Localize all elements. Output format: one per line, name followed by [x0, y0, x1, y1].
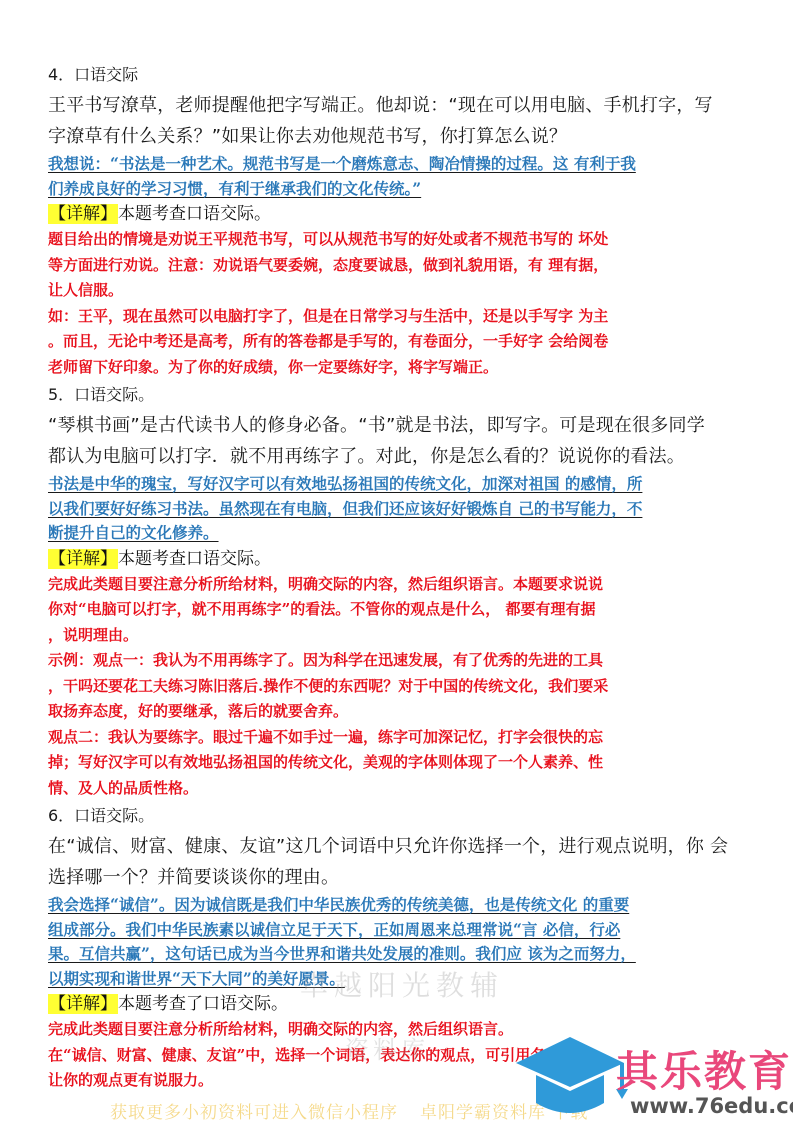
answer-line: 以我们要好好练习书法。虽然现在有电脑，但我们还应该好好锻炼自 己的书写能力，不: [48, 499, 642, 518]
question-prompt-line: 字潦草有什么关系？”如果让你去劝他规范书写，你打算怎么说？: [48, 121, 748, 152]
detail-heading-text: 本题考查口语交际。: [118, 204, 271, 224]
answer-line: 们养成良好的学习习惯，有利于继承我们的文化传统。”: [48, 179, 421, 198]
explanation-line: ，说明理由。: [48, 623, 748, 649]
explanation-line: ，干吗还要花工夫练习陈旧落后.操作不便的东西呢？对于中国的传统文化，我们要采: [48, 674, 748, 700]
detail-heading-text: 本题考查了口语交际。: [118, 994, 288, 1014]
question-prompt-line: 选择哪一个？并简要谈谈你的理由。: [48, 862, 748, 893]
explanation-block: 完成此类题目要注意分析所给材料，明确交际的内容，然后组织语言。本题要求说说 你对…: [48, 572, 748, 802]
footer-promo-left: 获取更多小初资料可进入微信小程序: [110, 1103, 398, 1122]
answer-block: 书法是中华的瑰宝，写好汉字可以有效地弘扬祖国的传统文化，加深对祖国 的感情，所 …: [48, 472, 748, 546]
watermark-text: 卓越阳光教辅: [300, 970, 504, 1002]
explanation-line: 取扬弃态度，好的要继承，落后的就要舍弃。: [48, 699, 748, 725]
detail-tag: 【详解】: [48, 204, 118, 224]
explanation-line: 等方面进行劝说。注意：劝说语气要委婉，态度要诚恳，做到礼貌用语，有 理有据，: [48, 253, 748, 279]
answer-line: 书法是中华的瑰宝，写好汉字可以有效地弘扬祖国的传统文化，加深对祖国 的感情，所: [48, 474, 642, 493]
detail-tag: 【详解】: [48, 549, 118, 569]
explanation-line: 你对“电脑可以打字，就不用再练字”的看法。不管你的观点是什么， 都要有理有据: [48, 597, 748, 623]
explanation-line: 。而且，无论中考还是高考，所有的答卷都是手写的，有卷面分，一手好字 会给阅卷: [48, 329, 748, 355]
explanation-line: 完成此类题目要注意分析所给材料，明确交际的内容，然后组织语言。本题要求说说: [48, 572, 748, 598]
answer-line: 果。互信共赢”，这句话已成为当今世界和谐共处发展的准则。我们应 该为之而努力，: [48, 944, 636, 963]
question-prompt-line: 都认为电脑可以打字．就不用再练字了。对此，你是怎么看的？说说你的看法。: [48, 441, 748, 472]
explanation-line: 情、及人的品质性格。: [48, 776, 748, 802]
question-4: 4．口语交际 王平书写潦草，老师提醒他把字写端正。他却说：“现在可以用电脑、手机…: [48, 60, 748, 380]
question-prompt-line: 在“诚信、财富、健康、友谊”这几个词语中只允许你选择一个，进行观点说明，你 会: [48, 831, 748, 862]
question-5: 5．口语交际。 “琴棋书画”是古代读书人的修身必备。“书”就是书法，即写字。可是…: [48, 380, 748, 801]
brand-logo: 其乐教育 www.76edu.com: [508, 1025, 793, 1122]
explanation-line: 老师留下好印象。为了你的好成绩，你一定要练好字，将字写端正。: [48, 355, 748, 381]
question-number: 4．口语交际: [48, 60, 748, 90]
answer-block: 我想说：“书法是一种艺术。规范书写是一个磨炼意志、陶冶情操的过程。这 有利于我 …: [48, 152, 748, 201]
detail-heading-text: 本题考查口语交际。: [118, 549, 271, 569]
explanation-line: 示例：观点一：我认为不用再练字了。因为科学在迅速发展，有了优秀的先进的工具: [48, 648, 748, 674]
explanation-line: 掉；写好汉字可以有效地弘扬祖国的传统文化，美观的字体则体现了一个人素养、性: [48, 750, 748, 776]
explanation-line: 让人信服。: [48, 278, 748, 304]
detail-tag: 【详解】: [48, 994, 118, 1014]
answer-line: 断提升自己的文化修养。: [48, 523, 219, 542]
document-page: 4．口语交际 王平书写潦草，老师提醒他把字写端正。他却说：“现在可以用电脑、手机…: [48, 60, 748, 1094]
brand-name: 其乐教育: [616, 1039, 792, 1099]
answer-line: 我想说：“书法是一种艺术。规范书写是一个磨炼意志、陶冶情操的过程。这 有利于我: [48, 154, 636, 173]
brand-url: www.76edu.com: [630, 1094, 793, 1118]
explanation-line: 如：王平，现在虽然可以电脑打字了，但是在日常学习与生活中，还是以手写字 为主: [48, 304, 748, 330]
detail-heading: 【详解】本题考查口语交际。: [48, 201, 748, 227]
answer-line: 我会选择“诚信”。因为诚信既是我们中华民族优秀的传统美德，也是传统文化 的重要: [48, 895, 629, 914]
watermark-text-2: 资料库: [345, 1030, 429, 1065]
explanation-block: 题目给出的情境是劝说王平规范书写，可以从规范书写的好处或者不规范书写的 坏处 等…: [48, 227, 748, 380]
question-prompt-line: “琴棋书画”是古代读书人的修身必备。“书”就是书法，即写字。可是现在很多同学: [48, 410, 748, 441]
explanation-line: 题目给出的情境是劝说王平规范书写，可以从规范书写的好处或者不规范书写的 坏处: [48, 227, 748, 253]
question-number: 5．口语交际。: [48, 380, 748, 410]
question-number: 6．口语交际。: [48, 801, 748, 831]
answer-line: 组成部分。我们中华民族素以诚信立足于天下，正如周恩来总理常说“言 必信，行必: [48, 920, 620, 939]
explanation-line: 观点二：我认为要练字。眼过千遍不如手过一遍，练字可加深记忆，打字会很快的忘: [48, 725, 748, 751]
question-prompt-line: 王平书写潦草，老师提醒他把字写端正。他却说：“现在可以用电脑、手机打字，写: [48, 90, 748, 121]
detail-heading: 【详解】本题考查口语交际。: [48, 546, 748, 572]
